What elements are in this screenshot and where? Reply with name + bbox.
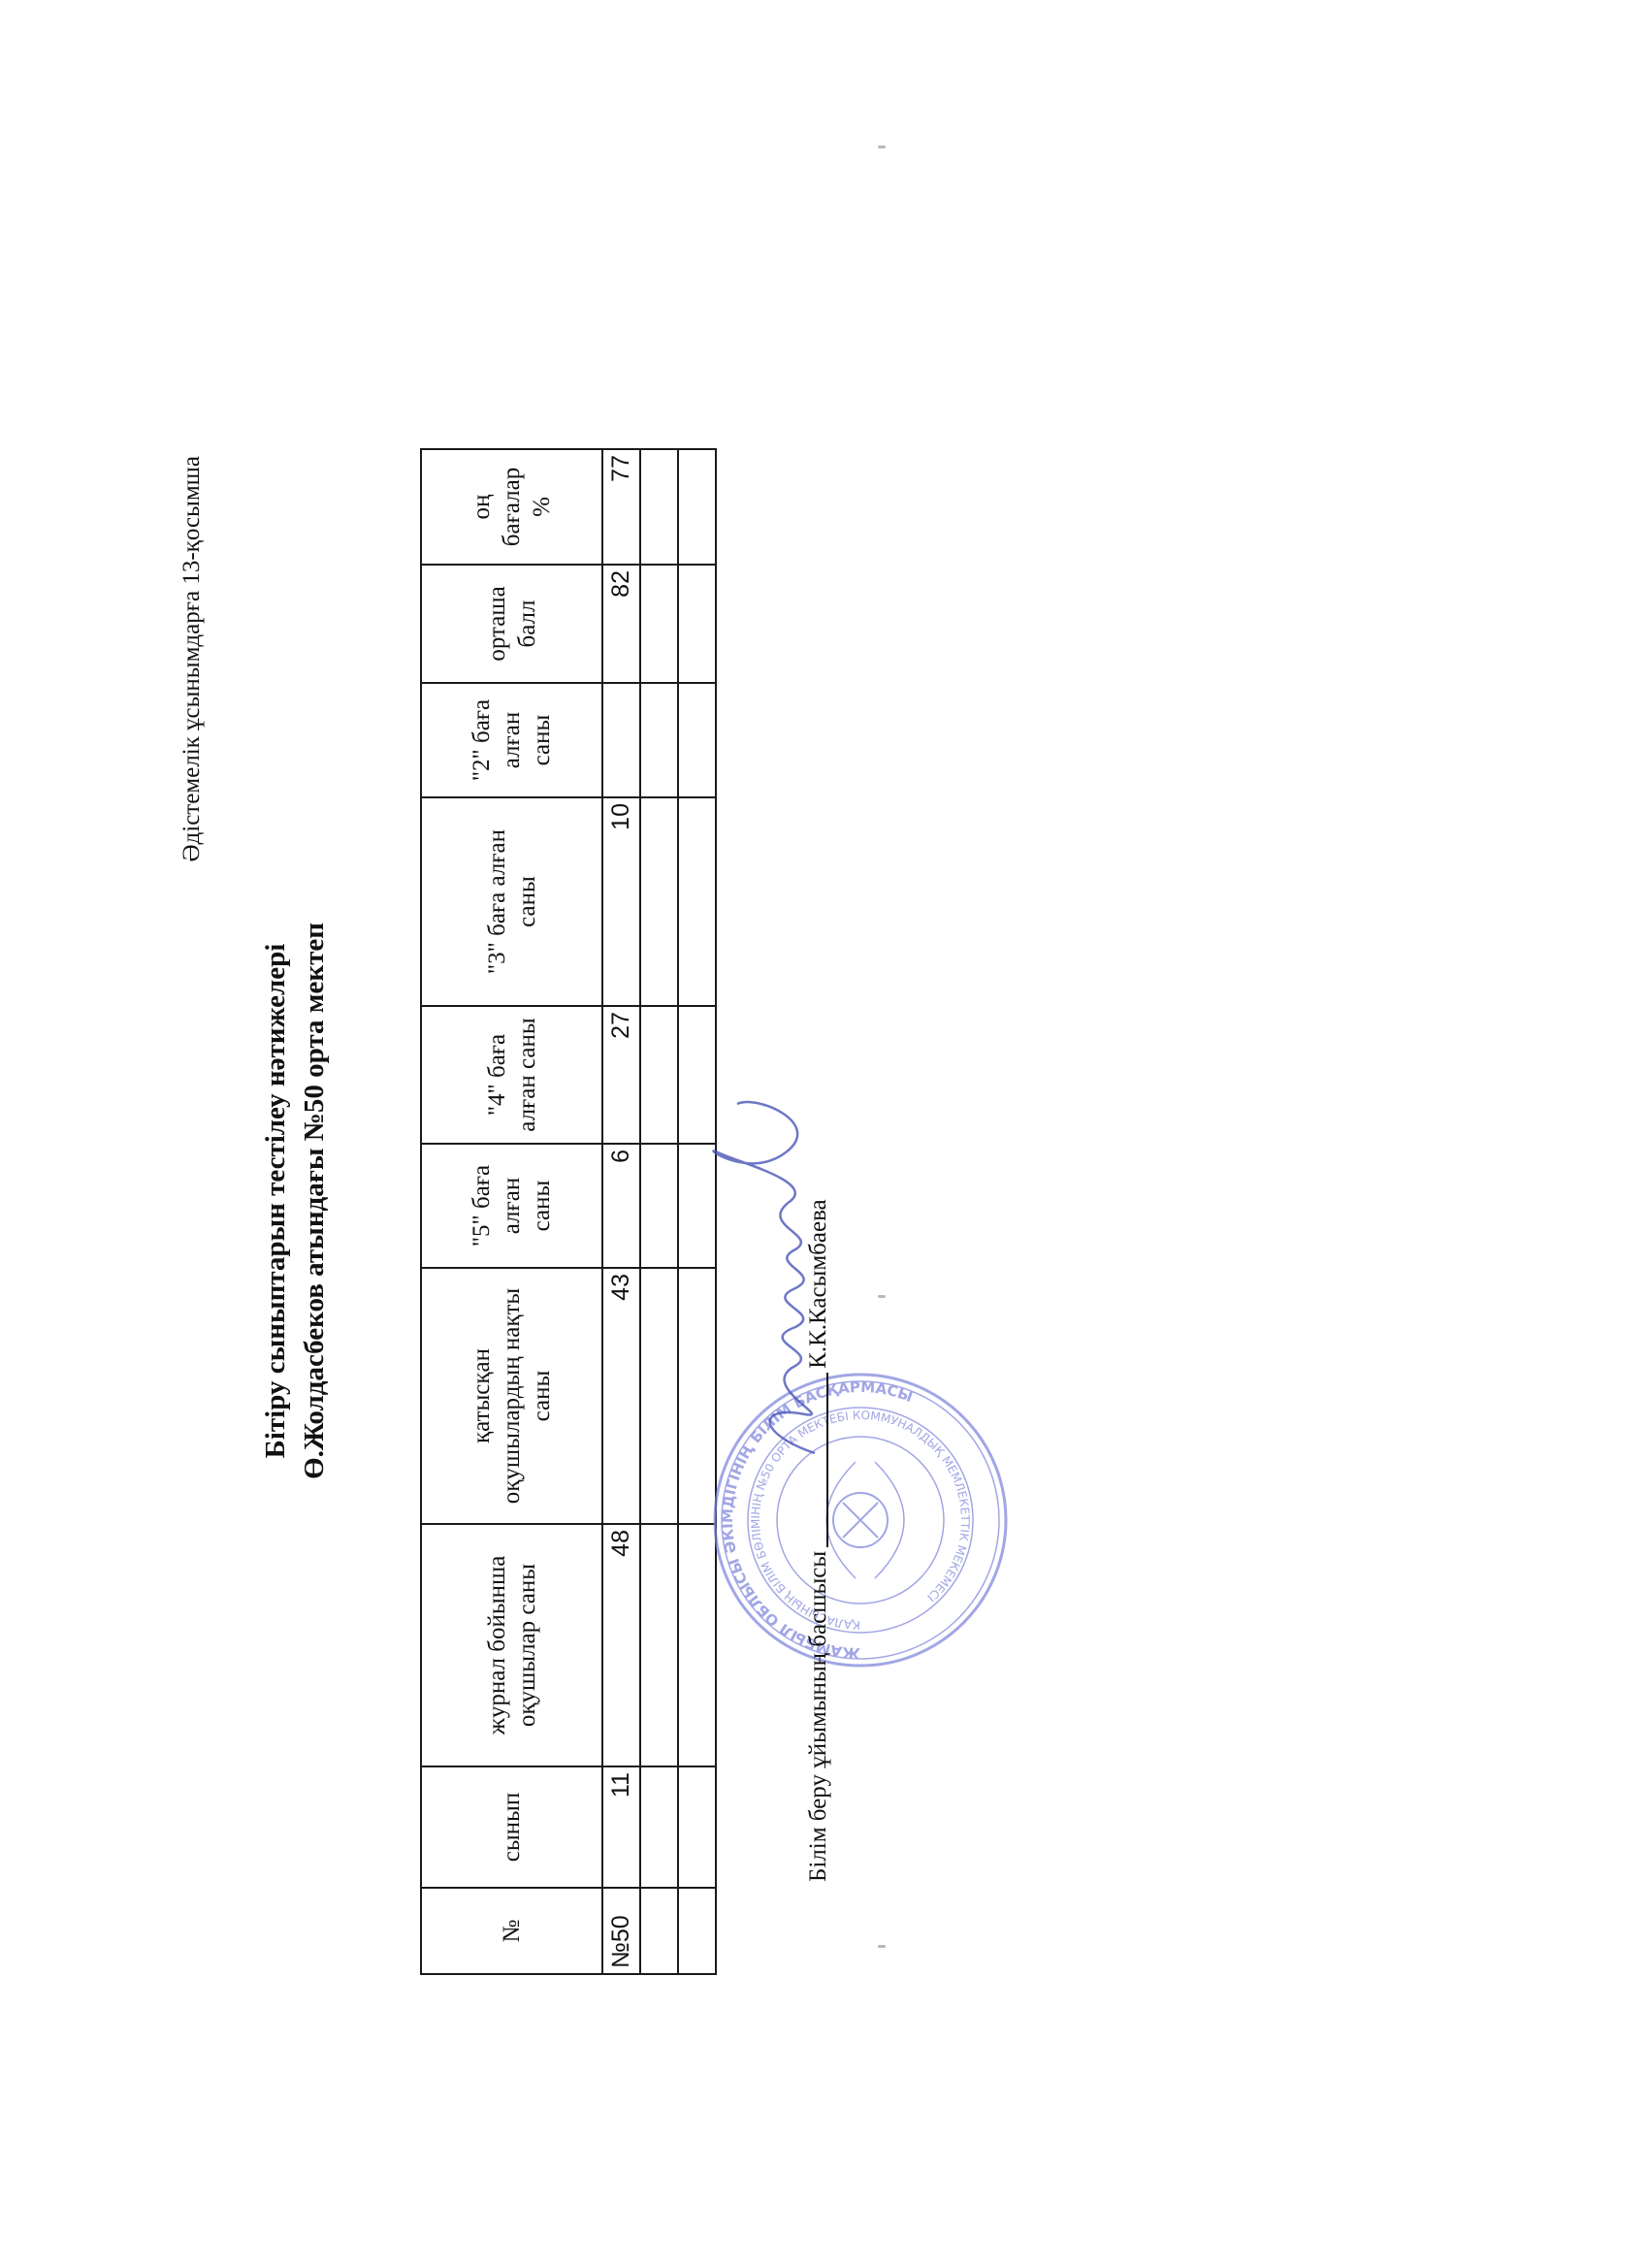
table-cell: 10 [602, 797, 640, 1006]
scan-speck [878, 1945, 886, 1948]
table-cell [640, 1144, 678, 1268]
table-cell: 43 [602, 1268, 640, 1524]
column-header: № [421, 1888, 602, 1974]
column-header: сынып [421, 1766, 602, 1888]
table-cell [678, 797, 716, 1006]
column-header: орташа балл [421, 565, 602, 683]
column-header: "4" баға алған саны [421, 1006, 602, 1144]
appendix-note: Әдістемелік ұсынымдарға 13-қосымша [178, 456, 206, 941]
table-cell [640, 1888, 678, 1974]
table-cell [678, 449, 716, 565]
signature-name: К.К.Касымбаева [805, 1199, 832, 1369]
scan-speck [878, 1295, 886, 1298]
signature-role: Білім беру ұйымының басшысы [805, 1551, 832, 1882]
table-cell [678, 1268, 716, 1524]
document-title: Бітіру сыныптарын тестілеу нәтижелері [260, 813, 292, 1589]
table-cell [640, 449, 678, 565]
stamp-inner-text: ҚАЛАСЫНЫҢ БІЛІМ БӨЛІМІНІҢ №50 ОРТА МЕКТЕ… [749, 1409, 972, 1632]
column-header: журнал бойынша оқушылар саны [421, 1524, 602, 1766]
signature-block: Білім беру ұйымының басшысы К.К.Касымбае… [805, 1199, 832, 1882]
table-cell [640, 565, 678, 683]
column-header: қатысқан оқушылардың нақты саны [421, 1268, 602, 1524]
table-cell [640, 1268, 678, 1524]
table-cell [640, 683, 678, 797]
table-row: №50114843627108277 [602, 449, 640, 1974]
results-table: №сыныпжурнал бойынша оқушылар санықатысқ… [420, 448, 717, 1975]
table-cell: 77 [602, 449, 640, 565]
table-cell: 6 [602, 1144, 640, 1268]
table-cell [678, 1006, 716, 1144]
column-header: "5" баға алған саны [421, 1144, 602, 1268]
table-cell [678, 683, 716, 797]
table-cell: 48 [602, 1524, 640, 1766]
document-page: Әдістемелік ұсынымдарға 13-қосымша Бітір… [0, 0, 1649, 2268]
signature-line [805, 1373, 828, 1547]
column-header: "3" баға алған саны [421, 797, 602, 1006]
table-cell [678, 1524, 716, 1766]
table-row [678, 449, 716, 1974]
table-cell: 11 [602, 1766, 640, 1888]
table-cell [602, 683, 640, 797]
official-stamp: ЖАМБЫЛ ОБЛЫСЫ ӘКІМДІГІНІҢ БІЛІМ БАСҚАРМА… [710, 1370, 1011, 1670]
table-cell: 27 [602, 1006, 640, 1144]
table-header-row: №сыныпжурнал бойынша оқушылар санықатысқ… [421, 449, 602, 1974]
column-header: "2" баға алған саны [421, 683, 602, 797]
table-cell: №50 [602, 1888, 640, 1974]
table-cell [678, 1888, 716, 1974]
table-cell [640, 1766, 678, 1888]
table-cell [640, 1006, 678, 1144]
scan-speck [878, 146, 886, 148]
table-cell [678, 565, 716, 683]
table-cell [640, 1524, 678, 1766]
table-row [640, 449, 678, 1974]
svg-text:ҚАЛАСЫНЫҢ БІЛІМ БӨЛІМІНІҢ №50: ҚАЛАСЫНЫҢ БІЛІМ БӨЛІМІНІҢ №50 ОРТА МЕКТЕ… [749, 1409, 972, 1632]
school-name: Ө.Жолдасбеков атындағы №50 орта мектеп [299, 813, 331, 1589]
table-cell [678, 1144, 716, 1268]
table-cell [640, 797, 678, 1006]
column-header: оң бағалар % [421, 449, 602, 565]
table-cell [678, 1766, 716, 1888]
table-cell: 82 [602, 565, 640, 683]
